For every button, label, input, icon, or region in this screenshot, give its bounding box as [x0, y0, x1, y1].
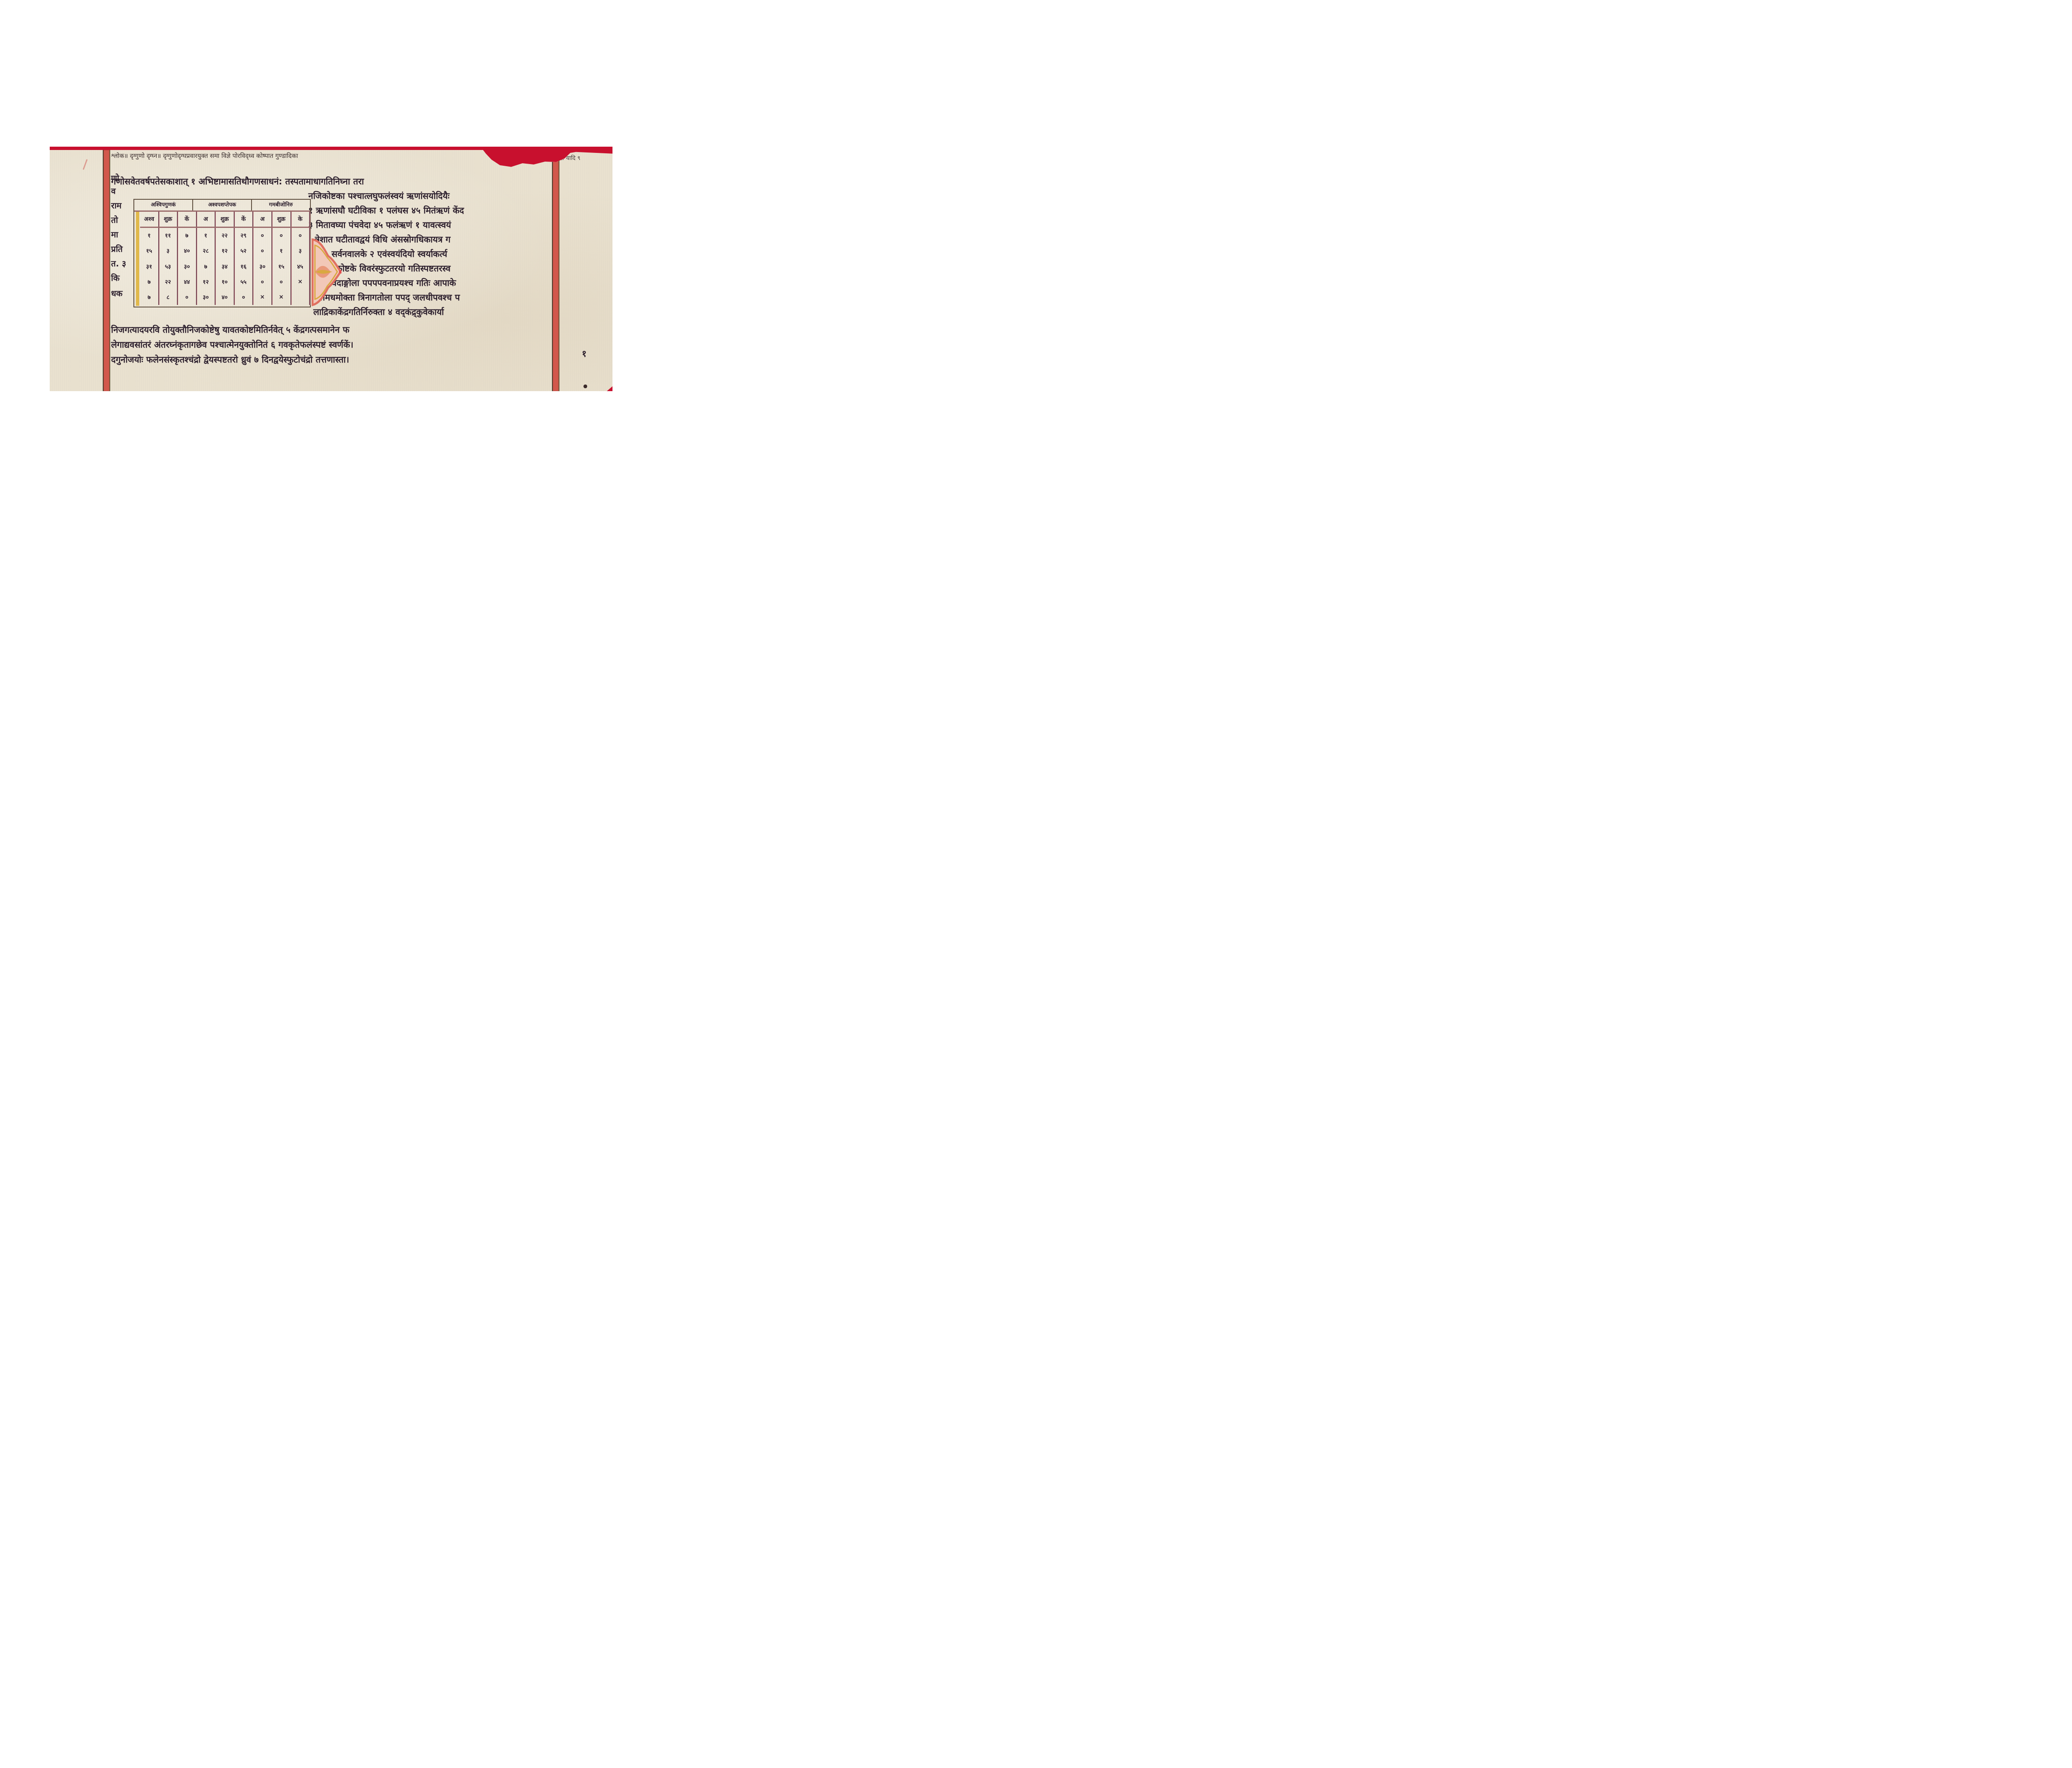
table-cell: ४० — [178, 243, 197, 259]
text-line-6: सर्वनवालके २ एवंस्वयंदियो स्वर्याकर्त्य — [332, 248, 447, 260]
table-cell: २८ — [197, 243, 216, 259]
table-cell: ३० — [197, 290, 216, 305]
table-cell: ३० — [178, 259, 197, 274]
top-right-margin-text: दि. यादि ९ — [558, 154, 581, 162]
text-line-10: लाद्रिकाकेंद्रगतिर्निरुक्ता ४ वद्कंद्र्क… — [313, 306, 444, 318]
table-cell: × — [253, 290, 272, 305]
table-cell: ७ — [140, 290, 159, 305]
text-line-2: नजिकोष्टका पश्चात्लघुफलंस्वयं ऋणांसयोदिय… — [308, 190, 450, 202]
table-cell: ७ — [197, 259, 216, 274]
table-cell: ३ — [291, 243, 310, 259]
table-cell: ४४ — [178, 274, 197, 290]
sub-header: अश्व — [140, 212, 159, 227]
table-sub-header: अश्व शुक्र कें अ शुक्र कें अ शुक्र के — [140, 212, 310, 228]
left-margin-line: राम — [111, 200, 121, 211]
table-cell: १२ — [197, 274, 216, 290]
table-cell: ५५ — [235, 274, 254, 290]
text-line-1: गणोसवेतवर्षपतेसकाशात् १ अभिष्टामासतिथौगण… — [111, 176, 364, 187]
table-cell: ० — [291, 228, 310, 243]
table-cell — [291, 290, 310, 305]
table-row: १ ११ ७ १ २२ २९ ० ० ० — [140, 228, 310, 243]
table-cell: ४० — [215, 290, 235, 305]
sub-header: शुक्र — [272, 212, 291, 227]
left-red-border — [103, 150, 110, 391]
table-cell: १ — [197, 228, 216, 243]
table-cell: ५२ — [235, 243, 254, 259]
manuscript-leaf: श्लोक॥ दृग्गुणो दृग्घ्न॥ दृग्गुणोदृग्घप्… — [50, 150, 612, 391]
text-line-11: निजगत्यादयरवि तोयुक्तौनिजकोष्टेषु यावतको… — [111, 324, 349, 336]
table-cell: २२ — [159, 274, 178, 290]
table-cell: १ — [272, 243, 291, 259]
table-cell: २९ — [235, 228, 254, 243]
sub-header: शुक्र — [215, 212, 235, 227]
left-margin-line: कि — [111, 272, 120, 283]
table-cell: ० — [272, 274, 291, 290]
table-cell: ४५ — [291, 259, 310, 274]
text-line-13: दगुनोजयोः फलेनसंस्कृतश्चंद्रो द्वेयस्पष्… — [111, 354, 349, 365]
table-cell: ० — [253, 274, 272, 290]
table-cell: ५३ — [159, 259, 178, 274]
table-row: ७ २२ ४४ १२ १० ५५ ० ० × — [140, 274, 310, 290]
table-body: १ ११ ७ १ २२ २९ ० ० ० १५ ३ ४० २८ १२ ५२ — [140, 228, 310, 305]
table-cell: ३ — [159, 243, 178, 259]
table-row: १५ ३ ४० २८ १२ ५२ ० १ ३ — [140, 243, 310, 259]
table-yellow-rule — [136, 210, 139, 306]
table-cell: २२ — [215, 228, 235, 243]
text-line-4: ३ मितावघ्या पंचवेदा ४५ फलंऋणं १ यावत्स्व… — [308, 219, 451, 231]
text-line-12: लेगाद्यवसांतरं अंतरघ्नंकृतागछेव पश्चात्म… — [111, 339, 353, 351]
sub-header: अ — [253, 212, 272, 227]
left-margin-line: धक — [111, 288, 123, 299]
table-cell: ० — [253, 228, 272, 243]
table-cell: १० — [215, 274, 235, 290]
binding-hole — [583, 385, 587, 388]
group-header: अश्वपशप्तेपक — [193, 200, 252, 210]
left-margin-line: प्रति — [111, 243, 123, 254]
text-line-7: कोष्टके विवरंस्फुटतरयो गतिस्पष्टतरस्व — [336, 263, 450, 274]
sub-header: के — [291, 212, 310, 227]
left-margin-line: मा — [111, 229, 118, 240]
left-margin-line: त. ३ — [111, 258, 126, 269]
group-header: गमबीजोनिरु — [252, 200, 310, 210]
table-cell: ७ — [178, 228, 197, 243]
red-smudge — [83, 159, 88, 169]
table-cell: १५ — [140, 243, 159, 259]
text-line-3: १ ऋणांसघौ घटीविका १ पलंघस ४५ मितंऋणं कें… — [308, 205, 464, 216]
sub-header: कें — [178, 212, 197, 227]
left-margin-line: तो — [111, 214, 118, 225]
folio-number: १ — [582, 347, 586, 360]
table-cell: १६ — [235, 259, 254, 274]
table-cell: ३४ — [215, 259, 235, 274]
group-header: अश्विपगुणकं — [134, 200, 193, 210]
table-cell: १२ — [215, 243, 235, 259]
table-cell: ० — [235, 290, 254, 305]
table-group-header: अश्विपगुणकं अश्वपशप्तेपक गमबीजोनिरु — [134, 200, 310, 212]
table-cell: ३० — [253, 259, 272, 274]
table-cell: ११ — [159, 228, 178, 243]
top-margin-text: श्लोक॥ दृग्गुणो दृग्घ्न॥ दृग्गुणोदृग्घप्… — [111, 152, 298, 160]
table-cell: १५ — [272, 259, 291, 274]
table-cell: × — [272, 290, 291, 305]
right-red-border — [552, 150, 559, 391]
table-cell: १ — [140, 228, 159, 243]
table-cell: ० — [253, 243, 272, 259]
manuscript-photo: श्लोक॥ दृग्गुणो दृग्घ्न॥ दृग्गुणोदृग्घप्… — [50, 147, 612, 391]
astronomical-table: अश्विपगुणकं अश्वपशप्तेपक गमबीजोनिरु अश्व… — [133, 199, 311, 307]
table-cell: ० — [178, 290, 197, 305]
lotus-ornament-icon — [312, 236, 341, 307]
table-row: ३१ ५३ ३० ७ ३४ १६ ३० १५ ४५ — [140, 259, 310, 274]
table-row: ७ ८ ० ३० ४० ० × × — [140, 290, 310, 305]
sub-header: शुक्र — [159, 212, 178, 227]
table-cell: ० — [272, 228, 291, 243]
sub-header: अ — [197, 212, 216, 227]
table-cell: ३१ — [140, 259, 159, 274]
table-cell: × — [291, 274, 310, 290]
table-cell: ८ — [159, 290, 178, 305]
text-line-8: रवदाङ्गोला पपपपवनाप्रयश्च गतिः आपाके — [328, 277, 456, 289]
table-cell: ७ — [140, 274, 159, 290]
sub-header: कें — [235, 212, 254, 227]
